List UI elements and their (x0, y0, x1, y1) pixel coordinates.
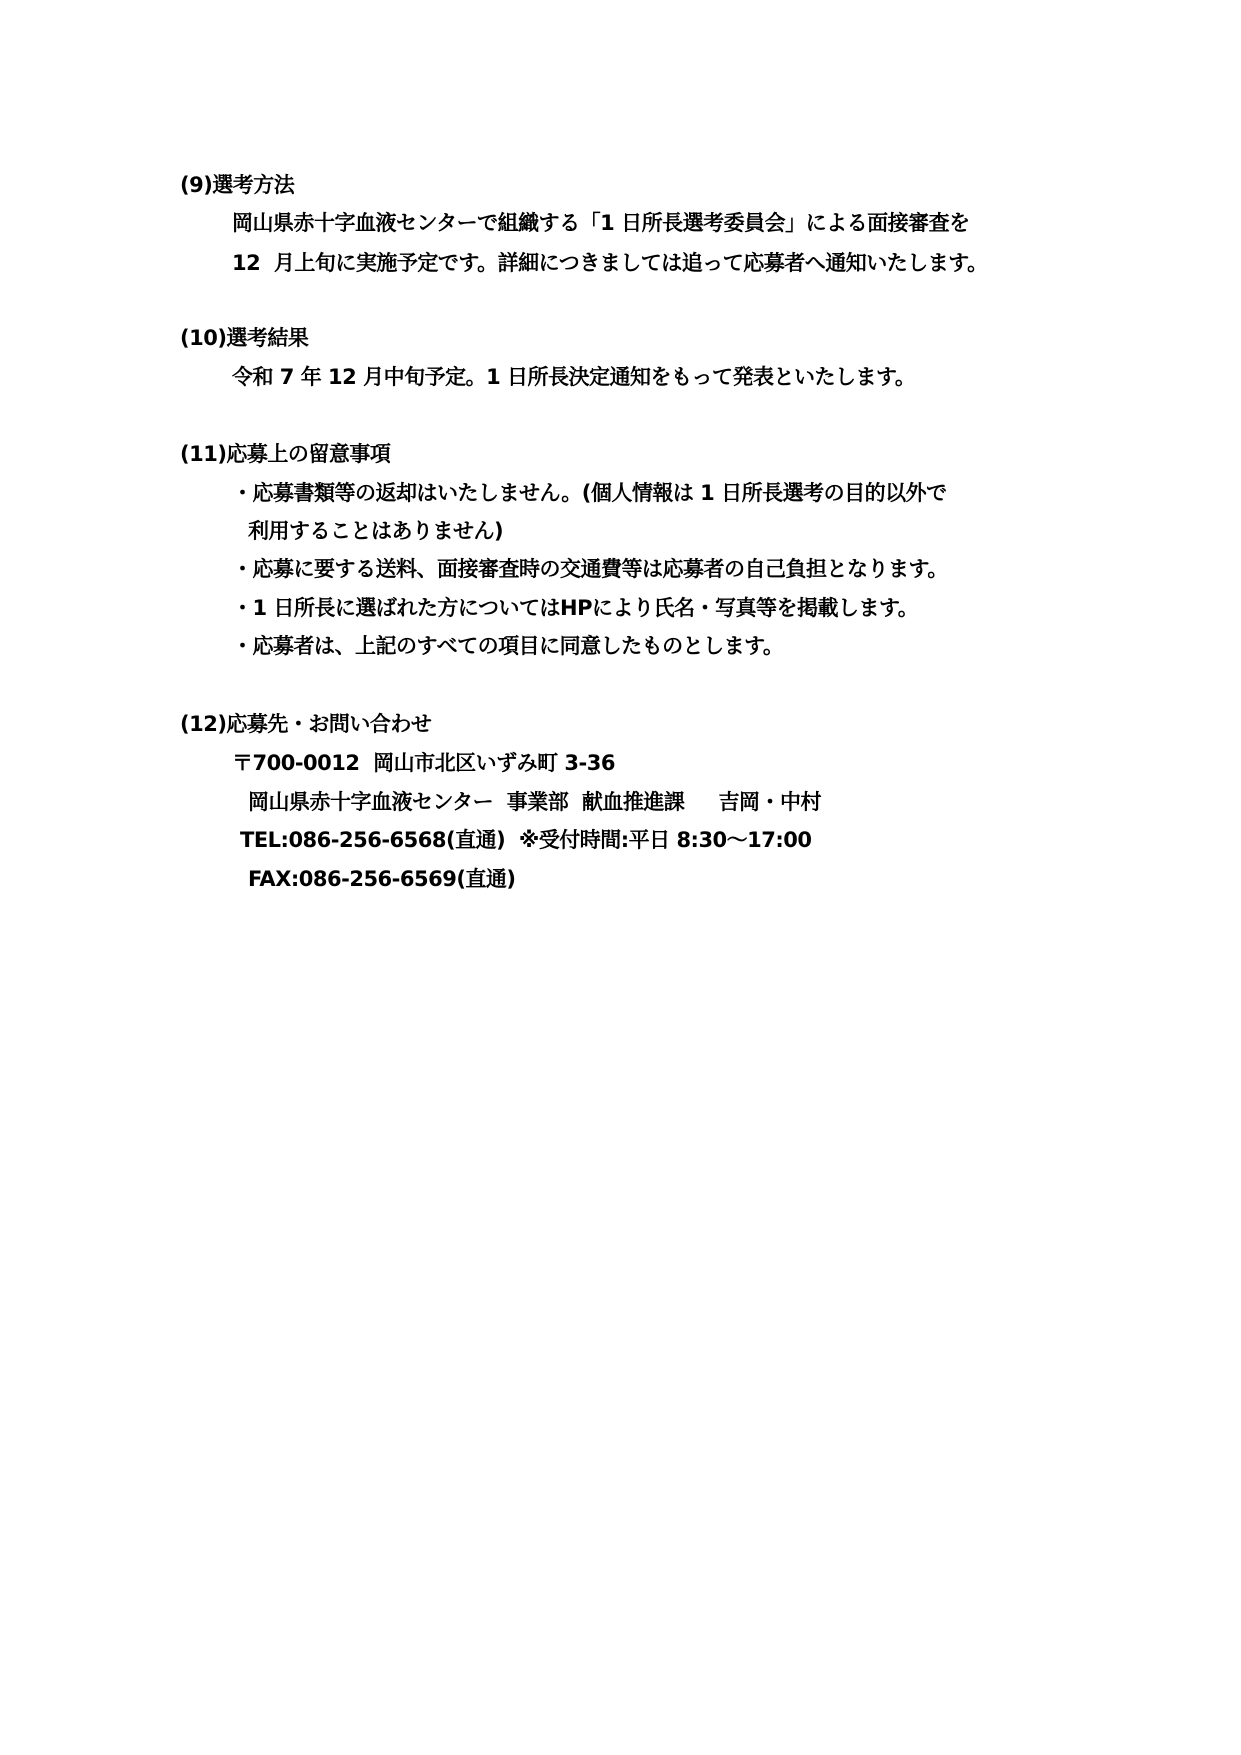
contact-tel: TEL:086-256-6568(直通) ※受付時間:平日 8:30～17:00 (240, 827, 812, 853)
note-item-2: ・応募に要する送料、面接審査時の交通費等は応募者の自己負担となります。 (232, 556, 948, 582)
note-item-4: ・応募者は、上記のすべての項目に同意したものとします。 (232, 633, 783, 659)
note-item-1: ・応募書類等の返却はいたしません。(個人情報は 1 日所長選考の目的以外で (232, 480, 947, 506)
note-item-3: ・1 日所長に選ばれた方についてはHPにより氏名・写真等を掲載します。 (232, 595, 918, 621)
selection-method-text-2: 12 月上旬に実施予定です。詳細につきましては追って応募者へ通知いたします。 (232, 250, 988, 276)
section-heading-selection-method: (9)選考方法 (180, 172, 294, 198)
selection-method-text-1: 岡山県赤十字血液センターで組織する「1 日所長選考委員会」による面接審査を (232, 210, 970, 236)
section-heading-selection-result: (10)選考結果 (180, 325, 308, 351)
contact-organization: 岡山県赤十字血液センター 事業部 献血推進課 吉岡・中村 (248, 789, 821, 815)
note-item-1-continued: 利用することはありません) (248, 518, 503, 544)
selection-result-text: 令和 7 年 12 月中旬予定。1 日所長決定通知をもって発表といたします。 (232, 364, 915, 390)
section-heading-notes: (11)応募上の留意事項 (180, 441, 390, 467)
contact-address: 〒700-0012 岡山市北区いずみ町 3-36 (232, 750, 615, 776)
contact-fax: FAX:086-256-6569(直通) (248, 866, 516, 892)
section-heading-contact: (12)応募先・お問い合わせ (180, 711, 431, 737)
